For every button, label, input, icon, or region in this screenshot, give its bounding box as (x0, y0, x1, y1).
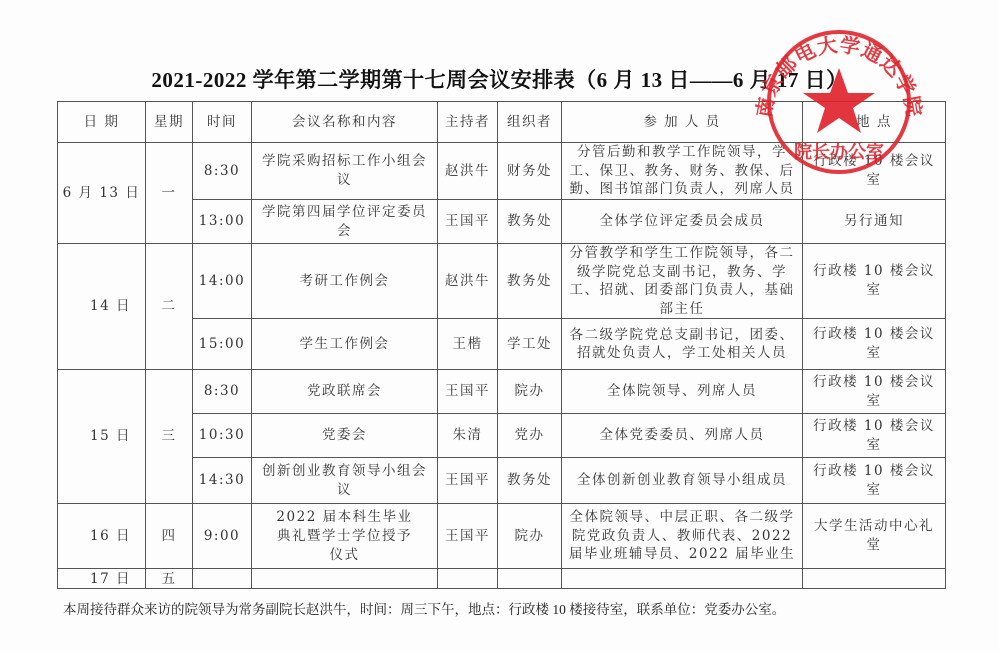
time-cell: 8:30 (193, 143, 252, 200)
time-cell: 14:30 (193, 458, 252, 504)
weekday-cell: 一 (146, 143, 193, 244)
time-cell: 8:30 (193, 370, 252, 414)
meeting-name-cell: 党委会 (252, 414, 438, 458)
meeting-name-cell: 学院采购招标工作小组会议 (252, 143, 438, 200)
weekday-cell: 三 (146, 370, 193, 504)
location-cell: 行政楼 10 楼会议室 (803, 414, 946, 458)
date-cell: 16 日 (58, 504, 146, 569)
header-attendees: 参 加 人 员 (562, 102, 803, 143)
attendees-cell: 全体院领导、列席人员 (562, 370, 803, 414)
organizer-cell: 财务处 (498, 143, 562, 200)
organizer-cell: 院办 (498, 504, 562, 569)
table-row: 17 日 五 (58, 569, 946, 589)
time-cell: 15:00 (193, 319, 252, 370)
host-cell: 赵洪牛 (438, 143, 498, 200)
table-row: 6 月 13 日 一 8:30 学院采购招标工作小组会议 赵洪牛 财务处 分管后… (58, 143, 946, 200)
meeting-name-cell (252, 569, 438, 589)
meeting-name-cell: 学院第四届学位评定委员会 (252, 200, 438, 244)
date-cell: 14 日 (58, 244, 146, 370)
meeting-name-cell: 创新创业教育领导小组会议 (252, 458, 438, 504)
header-host: 主持者 (438, 102, 498, 143)
header-location: 地 点 (803, 102, 946, 143)
location-cell: 行政楼 10 楼会议室 (803, 319, 946, 370)
table-row: 16 日 四 9:00 2022 届本科生毕业典礼暨学士学位授予仪式 王国平 院… (58, 504, 946, 569)
time-cell: 14:00 (193, 244, 252, 319)
location-cell: 行政楼 10 楼会议室 (803, 143, 946, 200)
header-date: 日 期 (58, 102, 146, 143)
organizer-cell: 学工处 (498, 319, 562, 370)
weekday-cell: 五 (146, 569, 193, 589)
time-cell: 13:00 (193, 200, 252, 244)
location-cell: 行政楼 10 楼会议室 (803, 458, 946, 504)
table-header-row: 日 期 星期 时间 会议名称和内容 主持者 组织者 参 加 人 员 地 点 (58, 102, 946, 143)
location-cell (803, 569, 946, 589)
date-cell: 15 日 (58, 370, 146, 504)
date-cell: 17 日 (58, 569, 146, 589)
time-cell (193, 569, 252, 589)
table-row: 14 日 二 14:00 考研工作例会 赵洪牛 教务处 分管教学和学生工作院领导… (58, 244, 946, 319)
table-row: 15 日 三 8:30 党政联席会 王国平 院办 全体院领导、列席人员 行政楼 … (58, 370, 946, 414)
organizer-cell: 院办 (498, 370, 562, 414)
location-cell: 大学生活动中心礼堂 (803, 504, 946, 569)
location-cell: 另行通知 (803, 200, 946, 244)
meeting-name-cell: 学生工作例会 (252, 319, 438, 370)
attendees-cell: 各二级学院党总支副书记，团委、招就处负责人，学工处相关人员 (562, 319, 803, 370)
meeting-schedule-table: 日 期 星期 时间 会议名称和内容 主持者 组织者 参 加 人 员 地 点 6 … (57, 101, 946, 589)
footnote: 本周接待群众来访的院领导为常务副院长赵洪牛，时间：周三下午，地点：行政楼 10 … (63, 598, 785, 618)
location-cell: 行政楼 10 楼会议室 (803, 244, 946, 319)
attendees-cell: 全体学位评定委员会成员 (562, 200, 803, 244)
header-weekday: 星期 (146, 102, 193, 143)
host-cell: 王国平 (438, 370, 498, 414)
organizer-cell: 党办 (498, 414, 562, 458)
document-title: 2021-2022 学年第二学期第十七周会议安排表（6 月 13 日——6 月 … (0, 64, 999, 94)
organizer-cell: 教务处 (498, 458, 562, 504)
location-cell: 行政楼 10 楼会议室 (803, 370, 946, 414)
weekday-cell: 四 (146, 504, 193, 569)
time-cell: 10:30 (193, 414, 252, 458)
attendees-cell: 分管教学和学生工作院领导，各二级学院党总支副书记，教务、学工、招就、团委部门负责… (562, 244, 803, 319)
meeting-name-cell: 2022 届本科生毕业典礼暨学士学位授予仪式 (252, 504, 438, 569)
attendees-cell (562, 569, 803, 589)
weekday-cell: 二 (146, 244, 193, 370)
organizer-cell: 教务处 (498, 200, 562, 244)
host-cell: 王楷 (438, 319, 498, 370)
date-cell: 6 月 13 日 (58, 143, 146, 244)
meeting-name-cell: 党政联席会 (252, 370, 438, 414)
attendees-cell: 全体院领导、中层正职、各二级学院党政负责人、教师代表、2022 届毕业班辅导员、… (562, 504, 803, 569)
attendees-cell: 全体创新创业教育领导小组成员 (562, 458, 803, 504)
header-meeting-name: 会议名称和内容 (252, 102, 438, 143)
host-cell: 朱清 (438, 414, 498, 458)
meeting-name-cell: 考研工作例会 (252, 244, 438, 319)
attendees-cell: 全体党委委员、列席人员 (562, 414, 803, 458)
host-cell: 王国平 (438, 200, 498, 244)
header-time: 时间 (193, 102, 252, 143)
header-organizer: 组织者 (498, 102, 562, 143)
host-cell (438, 569, 498, 589)
host-cell: 王国平 (438, 504, 498, 569)
organizer-cell: 教务处 (498, 244, 562, 319)
time-cell: 9:00 (193, 504, 252, 569)
organizer-cell (498, 569, 562, 589)
host-cell: 赵洪牛 (438, 244, 498, 319)
attendees-cell: 分管后勤和教学工作院领导，学工、保卫、教务、财务、教保、后勤、图书馆部门负责人，… (562, 143, 803, 200)
host-cell: 王国平 (438, 458, 498, 504)
